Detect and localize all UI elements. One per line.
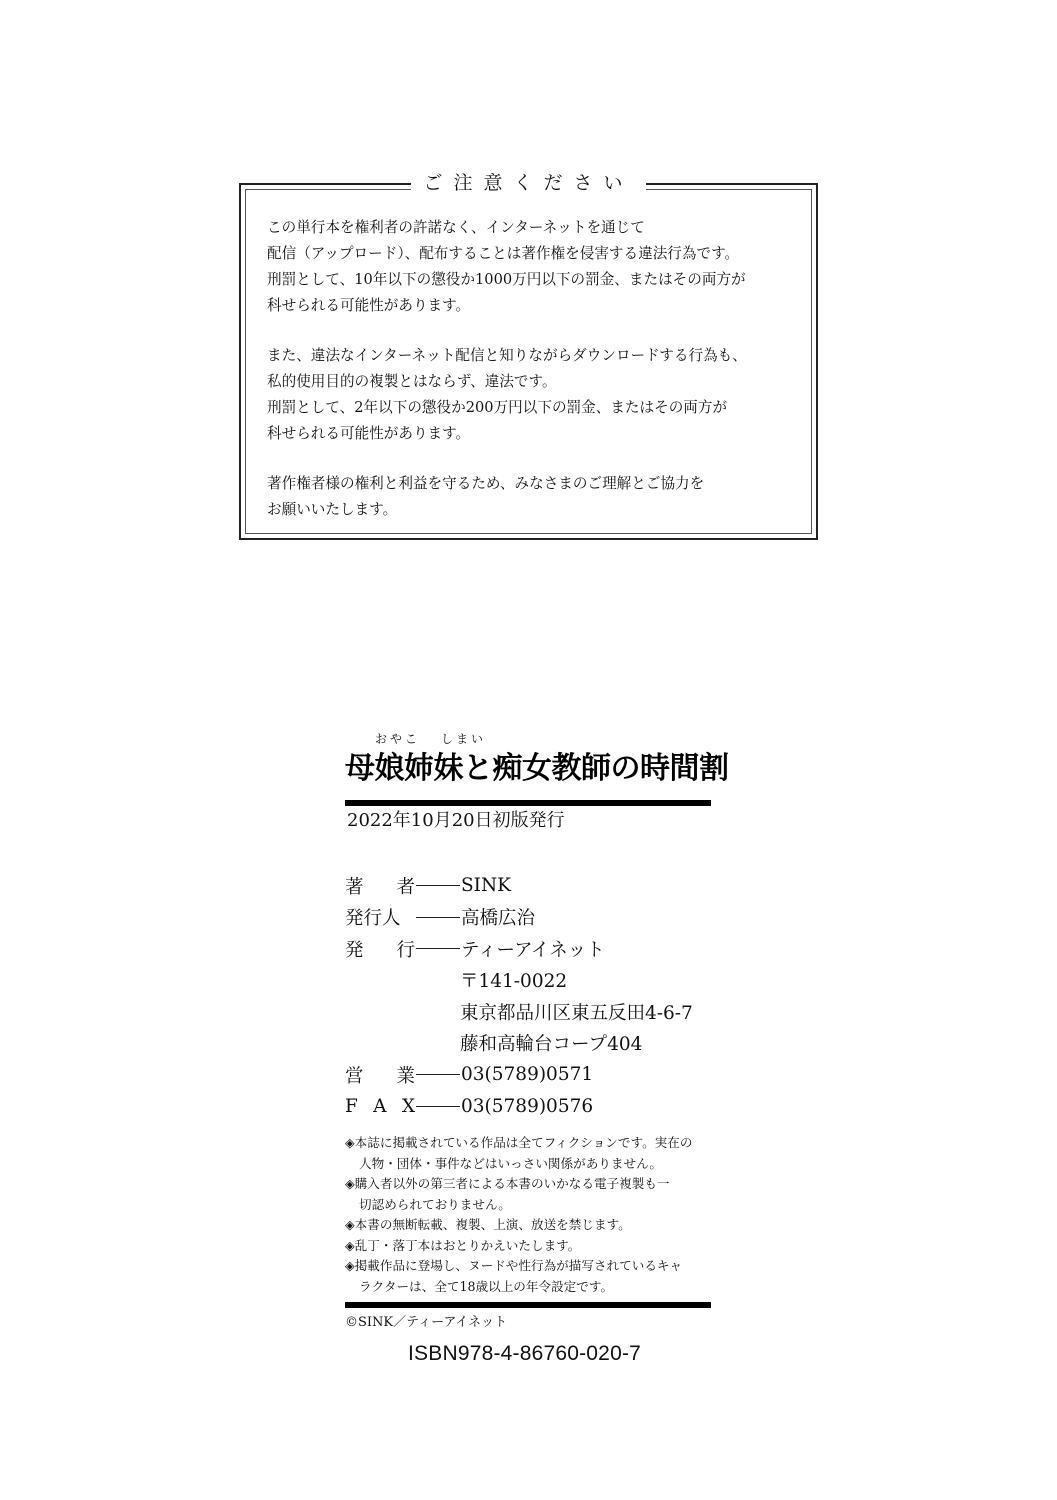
credit-sales: 営業 03(5789)0571 xyxy=(345,1059,693,1091)
notice-line: 刑罰として、2年以下の懲役か200万円以下の罰金、またはその両方が xyxy=(267,395,802,421)
credits: 著者 SINK 発行人 高橋広治 発行 ティーアイネット 〒141-0022 東… xyxy=(345,870,693,1122)
credit-publisher-person: 発行人 高橋広治 xyxy=(345,902,693,934)
note-line: ◈本書の無断転載、複製、上演、放送を禁じます。 xyxy=(345,1215,692,1236)
credit-label: FAX xyxy=(345,1096,415,1117)
notice-line: 科せられる可能性があります。 xyxy=(267,421,802,447)
credit-value: SINK xyxy=(461,875,511,896)
postal-code: 〒141-0022 xyxy=(345,965,693,997)
notice-line: 著作権者様の権利と利益を守るため、みなさまのご理解とご協力を xyxy=(267,471,802,497)
legal-notes: ◈本誌に掲載されている作品は全てフィクションです。実在の 人物・団体・事件などは… xyxy=(345,1133,692,1297)
credit-value: 03(5789)0576 xyxy=(461,1096,593,1117)
credit-label: 発行 xyxy=(345,936,415,962)
dash-divider xyxy=(416,948,460,949)
credit-publisher: 発行 ティーアイネット xyxy=(345,933,693,965)
notice-line: お願いいたします。 xyxy=(267,497,802,523)
notice-line: 刑罰として、10年以下の懲役か1000万円以下の罰金、またはその両方が xyxy=(267,267,802,293)
credit-label: 発行人 xyxy=(345,904,415,930)
notice-paragraph-2: また、違法なインターネット配信と知りながらダウンロードする行為も、 私的使用目的… xyxy=(267,343,802,447)
notice-line: この単行本を権利者の許諾なく、インターネットを通じて xyxy=(267,215,802,241)
notice-paragraph-1: この単行本を権利者の許諾なく、インターネットを通じて 配信（アップロード）、配布… xyxy=(267,215,802,319)
notice-body: この単行本を権利者の許諾なく、インターネットを通じて 配信（アップロード）、配布… xyxy=(267,215,802,547)
credit-label: 著者 xyxy=(345,873,415,899)
credit-value: 高橋広治 xyxy=(461,904,535,930)
credit-fax: FAX 03(5789)0576 xyxy=(345,1091,693,1123)
publish-date: 2022年10月20日初版発行 xyxy=(347,806,565,832)
notice-title-text: ご注意ください xyxy=(411,172,645,194)
note-line: 切認められておりません。 xyxy=(345,1195,692,1216)
credit-value: ティーアイネット xyxy=(461,936,605,962)
note-line: ◈購入者以外の第三者による本書のいかなる電子複製も一 xyxy=(345,1174,692,1195)
note-line: ラクターは、全て18歳以上の年令設定です。 xyxy=(345,1277,692,1298)
book-title: 母娘姉妹と痴女教師の時間割 xyxy=(345,743,729,787)
credit-author: 著者 SINK xyxy=(345,870,693,902)
copyright-notice-box: ご注意ください この単行本を権利者の許諾なく、インターネットを通じて 配信（アッ… xyxy=(239,183,818,540)
credit-label: 営業 xyxy=(345,1062,415,1088)
dash-divider xyxy=(416,917,460,918)
note-line: ◈本誌に掲載されている作品は全てフィクションです。実在の xyxy=(345,1133,692,1154)
dash-divider xyxy=(416,885,460,886)
notice-line: 配信（アップロード）、配布することは著作権を侵害する違法行為です。 xyxy=(267,241,802,267)
note-line: 人物・団体・事件などはいっさい関係がありません。 xyxy=(345,1154,692,1175)
note-line: ◈乱丁・落丁本はおとりかえいたします。 xyxy=(345,1236,692,1257)
notice-line: また、違法なインターネット配信と知りながらダウンロードする行為も、 xyxy=(267,343,802,369)
note-line: ◈掲載作品に登場し、ヌードや性行為が描写されているキャ xyxy=(345,1256,692,1277)
credit-value: 03(5789)0571 xyxy=(461,1064,593,1085)
notice-line: 科せられる可能性があります。 xyxy=(267,293,802,319)
dash-divider xyxy=(416,1106,460,1107)
address-line-1: 東京都品川区東五反田4-6-7 xyxy=(345,996,693,1028)
address-line-2: 藤和高輪台コープ404 xyxy=(345,1028,693,1060)
notice-title: ご注意ください xyxy=(241,168,816,195)
bottom-rule xyxy=(345,1302,711,1308)
notice-line: 私的使用目的の複製とはならず、違法です。 xyxy=(267,369,802,395)
dash-divider xyxy=(416,1074,460,1075)
isbn: ISBN978-4-86760-020-7 xyxy=(408,1342,641,1366)
copyright-line: ©SINK／ティーアイネット xyxy=(345,1311,507,1330)
notice-paragraph-3: 著作権者様の権利と利益を守るため、みなさまのご理解とご協力を お願いいたします。 xyxy=(267,471,802,523)
